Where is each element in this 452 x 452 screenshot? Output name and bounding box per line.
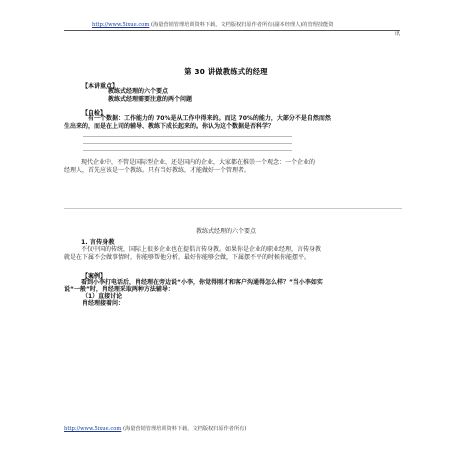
footer-note: (海量营销管理培训资料下载，文档版权归原作者所有) bbox=[123, 426, 246, 432]
self-check-text-line: 有一个数据：工作能力的 70%是从工作中得来的。而这 70%的能力，大部分不是自… bbox=[88, 115, 408, 123]
answer-line bbox=[83, 136, 292, 137]
header-note-continuation: 讯 bbox=[395, 30, 400, 37]
key-point-item: 教练式经理的六个要点 bbox=[108, 88, 168, 96]
footer-link[interactable]: http://www.5ixue.com bbox=[64, 426, 121, 432]
page-title: 第 30 讲做教练式的经理 bbox=[0, 67, 452, 77]
page-footer: http://www.5ixue.com (海量营销管理培训资料下载，文档版权归… bbox=[64, 425, 246, 432]
section-subtitle: 教练式经理的六个要点 bbox=[0, 226, 452, 235]
intro-paragraph-line: 现代企业中，不管是国际型企业，还是国内的企业，大家都在推崇一个观念：一个企业的 bbox=[81, 159, 401, 167]
section-paragraph-line: 就是在下属不会做事情时，你能够帮他分析，最好你能够会做，下属摆不平的时候你能摆平… bbox=[64, 254, 310, 262]
answer-line bbox=[83, 143, 292, 144]
section-paragraph-line: 不仅中国的传统，国际上很多企业也在提倡言传身教。如果你是企业的职业经理，言传身教 bbox=[81, 246, 321, 254]
header-link[interactable]: http://www.5ixue.com bbox=[92, 22, 149, 28]
header-rule bbox=[64, 30, 400, 31]
page-separator bbox=[64, 208, 402, 209]
case-text-line: 肖经理接着问： bbox=[82, 300, 124, 308]
answer-line bbox=[83, 150, 292, 151]
header-note: (海量营销管理培训资料下载，文档版权归原作者所有(副本经理人)的管理技能资 bbox=[151, 22, 333, 28]
self-check-text-line: 生出来的，而是在上司的辅导、教练下成长起来的。你认为这个数据是否科学？ bbox=[64, 123, 404, 131]
page-header: http://www.5ixue.com (海量营销管理培训资料下载，文档版权归… bbox=[92, 22, 400, 29]
intro-paragraph-line: 经理人，首先应该是一个教练。只有当好教练，才能做好一个管理者。 bbox=[64, 167, 404, 175]
key-point-item: 教练式经理需要注意的两个问题 bbox=[108, 96, 192, 104]
